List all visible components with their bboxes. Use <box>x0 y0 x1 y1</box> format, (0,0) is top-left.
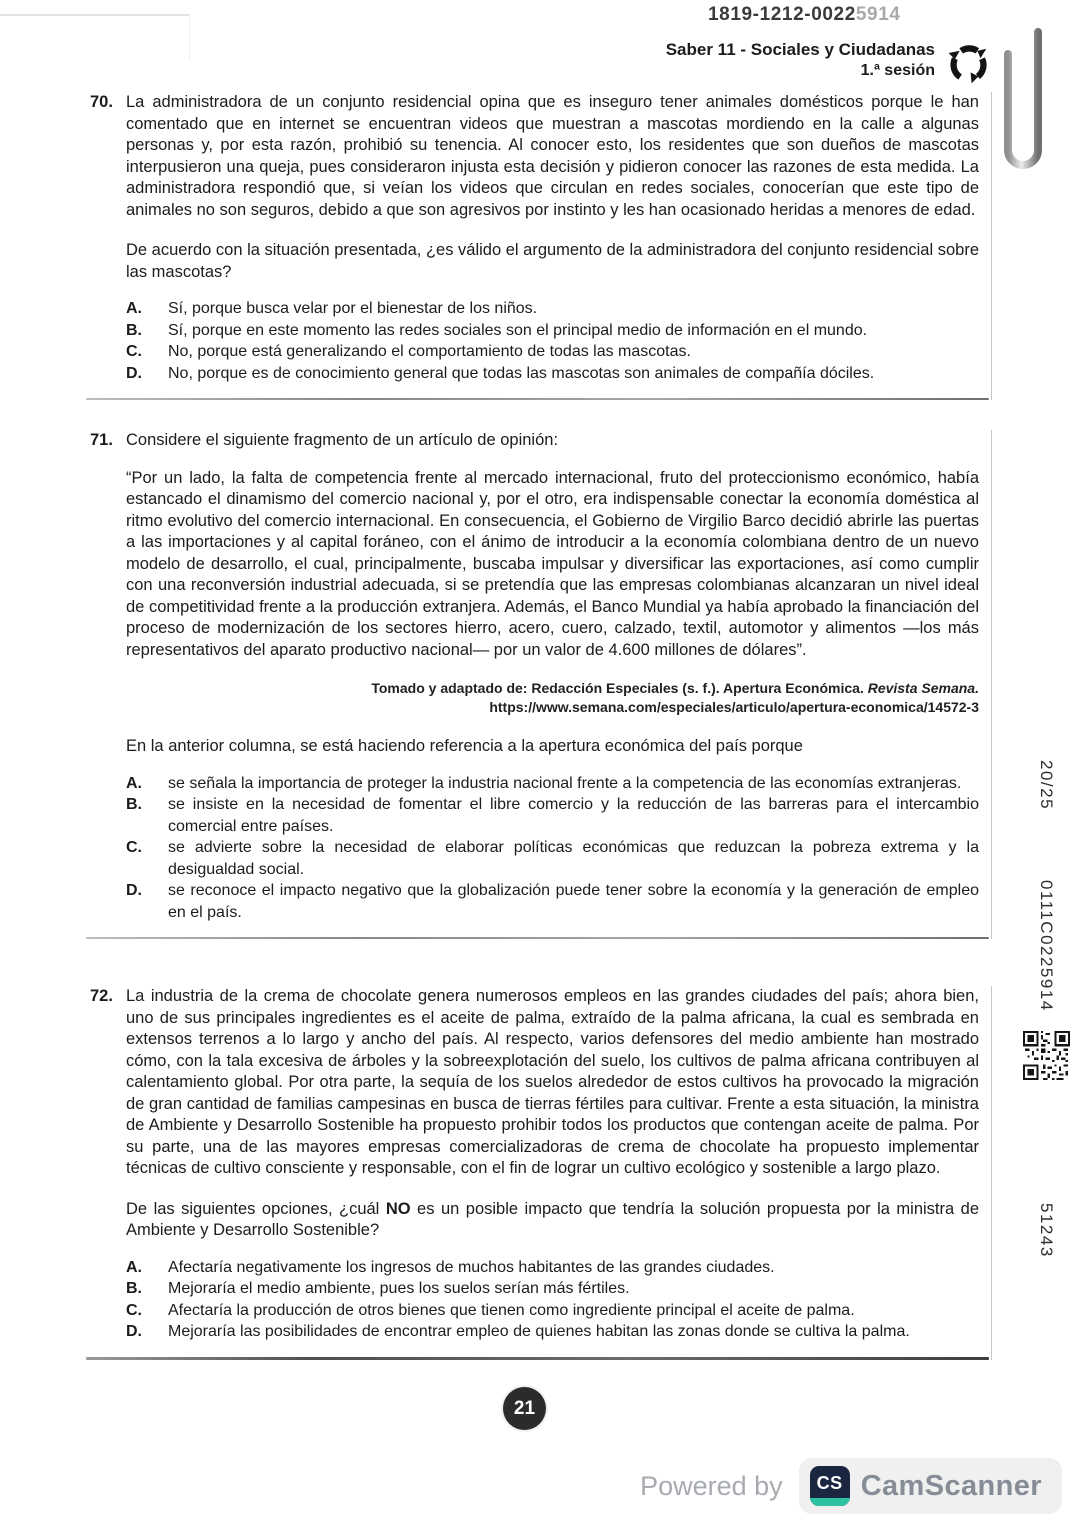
citation-text: Tomado y adaptado de: Redacción Especial… <box>371 680 867 696</box>
option-b: B. Mejoraría el medio ambiente, pues los… <box>126 1278 979 1300</box>
option-c: C. No, porque está generalizando el comp… <box>126 341 979 363</box>
camscanner-brand-text: CamScanner <box>861 1470 1042 1503</box>
option-text: Mejoraría el medio ambiente, pues los su… <box>168 1278 979 1300</box>
question-70: 70. La administradora de un conjunto res… <box>90 92 992 400</box>
scanned-exam-page: 1819-1212-00225914 Saber 11 - Sociales y… <box>0 0 1080 1528</box>
stem-text: De las siguientes opciones, ¿cuál <box>126 1200 386 1218</box>
option-a: A. Afectaría negativamente los ingresos … <box>126 1257 979 1279</box>
citation-source: Revista Semana. <box>868 680 979 696</box>
option-text: se insiste en la necesidad de fomentar e… <box>168 794 979 837</box>
quoted-fragment: “Por un lado, la falta de competencia fr… <box>126 468 979 662</box>
qr-code-icon <box>1023 1030 1070 1083</box>
cs-icon-teal-strip <box>810 1498 850 1506</box>
option-a: A. se señala la importancia de proteger … <box>126 773 979 795</box>
question-71: 71. Considere el siguiente fragmento de … <box>90 430 992 939</box>
question-number: 71. <box>90 430 126 452</box>
question-body: La administradora de un conjunto residen… <box>126 92 979 221</box>
citation-url: https://www.semana.com/especiales/articu… <box>90 698 979 717</box>
option-c: C. Afectaría la producción de otros bien… <box>126 1300 979 1322</box>
option-text: Afectaría la producción de otros bienes … <box>168 1300 979 1322</box>
question-intro: Considere el siguiente fragmento de un a… <box>126 430 979 452</box>
exam-title: Saber 11 - Sociales y Ciudadanas <box>666 39 935 60</box>
page-number-badge: 21 <box>503 1387 546 1430</box>
question-divider <box>86 398 989 400</box>
option-letter: B. <box>126 320 168 342</box>
option-letter: A. <box>126 1257 168 1279</box>
option-letter: B. <box>126 794 168 837</box>
question-divider <box>86 937 989 939</box>
option-letter: A. <box>126 298 168 320</box>
option-text: se advierte sobre la necesidad de elabor… <box>168 837 979 880</box>
powered-by-label: Powered by <box>640 1471 783 1502</box>
scan-edge-artifact <box>0 14 190 60</box>
option-text: Sí, porque en este momento las redes soc… <box>168 320 979 342</box>
sheet-number: 20/25 <box>1036 760 1056 810</box>
exam-session: 1.ª sesión <box>666 60 935 81</box>
option-letter: C. <box>126 1300 168 1322</box>
paperclip <box>992 22 1064 205</box>
option-text: No, porque está generalizando el comport… <box>168 341 979 363</box>
camscanner-badge: CS CamScanner <box>799 1458 1062 1514</box>
option-b: B. Sí, porque en este momento las redes … <box>126 320 979 342</box>
option-d: D. se reconoce el impacto negativo que l… <box>126 880 979 923</box>
option-letter: C. <box>126 837 168 880</box>
options-list: A. Afectaría negativamente los ingresos … <box>126 1257 979 1343</box>
option-letter: D. <box>126 880 168 923</box>
stem-emphasis: NO <box>386 1200 411 1218</box>
recycle-icon <box>946 42 992 88</box>
question-number: 70. <box>90 92 126 221</box>
question-stem: De acuerdo con la situación presentada, … <box>126 240 979 283</box>
options-list: A. se señala la importancia de proteger … <box>126 773 979 924</box>
option-letter: A. <box>126 773 168 795</box>
exam-code-faded: 5914 <box>856 4 901 25</box>
option-b: B. se insiste en la necesidad de fomenta… <box>126 794 979 837</box>
camscanner-footer: Powered by CS CamScanner <box>640 1458 1062 1514</box>
option-a: A. Sí, porque busca velar por el bienest… <box>126 298 979 320</box>
citation: Tomado y adaptado de: Redacción Especial… <box>90 679 979 717</box>
option-c: C. se advierte sobre la necesidad de ela… <box>126 837 979 880</box>
option-letter: C. <box>126 341 168 363</box>
exam-code-main: 1819-1212-0022 <box>708 4 856 25</box>
option-text: Mejoraría las posibilidades de encontrar… <box>168 1321 979 1343</box>
option-text: No, porque es de conocimiento general qu… <box>168 363 979 385</box>
option-text: se reconoce el impacto negativo que la g… <box>168 880 979 923</box>
camscanner-app-icon: CS <box>810 1466 850 1506</box>
question-body: La industria de la crema de chocolate ge… <box>126 986 979 1180</box>
question-number: 72. <box>90 986 126 1180</box>
citation-line-1: Tomado y adaptado de: Redacción Especial… <box>90 679 979 698</box>
option-letter: D. <box>126 363 168 385</box>
cs-monogram: CS <box>817 1473 843 1494</box>
option-text: Afectaría negativamente los ingresos de … <box>168 1257 979 1279</box>
option-d: D. No, porque es de conocimiento general… <box>126 363 979 385</box>
option-letter: D. <box>126 1321 168 1343</box>
option-d: D. Mejoraría las posibilidades de encont… <box>126 1321 979 1343</box>
option-letter: B. <box>126 1278 168 1300</box>
exam-header: Saber 11 - Sociales y Ciudadanas 1.ª ses… <box>666 39 935 81</box>
question-stem: En la anterior columna, se está haciendo… <box>126 736 979 758</box>
question-72: 72. La industria de la crema de chocolat… <box>90 986 992 1360</box>
booklet-code: 51243 <box>1036 1203 1056 1258</box>
question-stem: De las siguientes opciones, ¿cuál NO es … <box>126 1199 979 1242</box>
option-text: Sí, porque busca velar por el bienestar … <box>168 298 979 320</box>
options-list: A. Sí, porque busca velar por el bienest… <box>126 298 979 384</box>
exam-code: 1819-1212-00225914 <box>708 4 901 26</box>
question-divider <box>86 1357 989 1360</box>
option-text: se señala la importancia de proteger la … <box>168 773 979 795</box>
form-code: 0111C0225914 <box>1036 880 1056 1012</box>
